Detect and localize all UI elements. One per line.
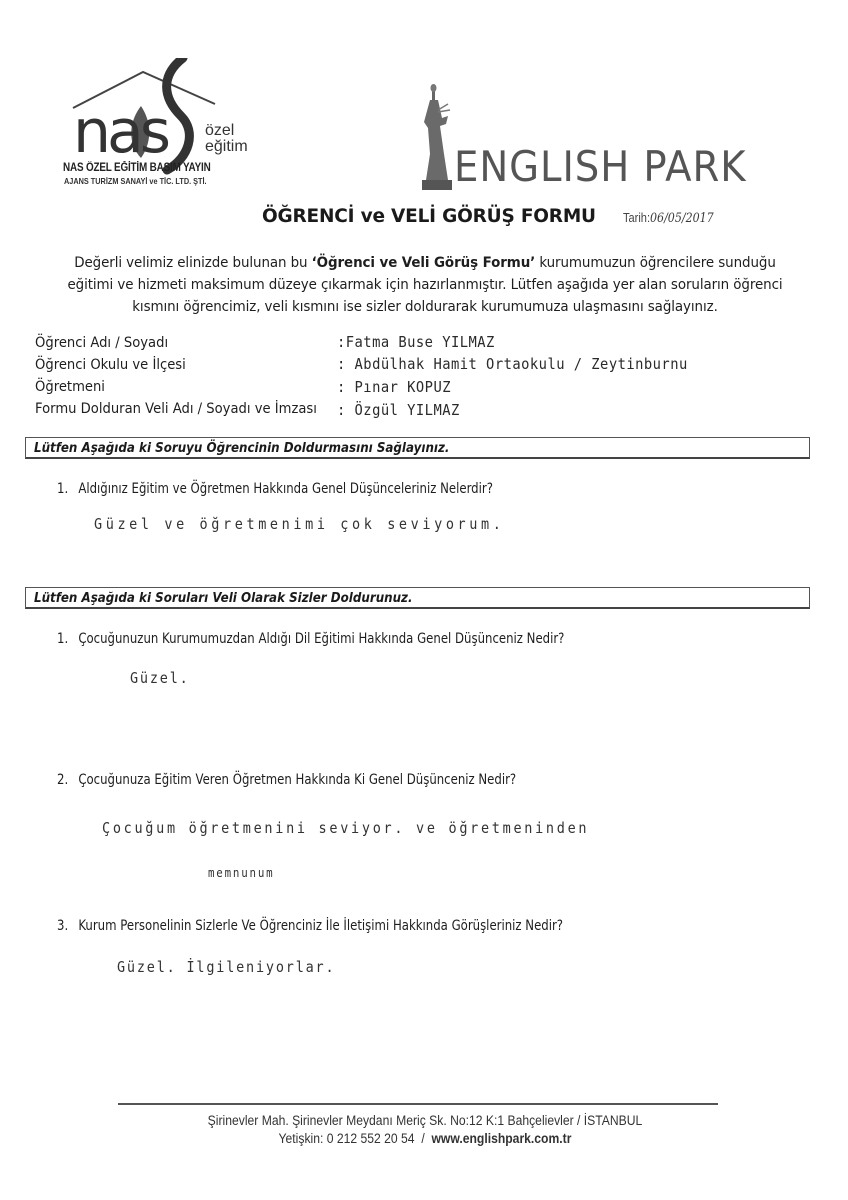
student-answer-1[interactable]: Güzel ve öğretmenimi çok seviyorum. [94, 515, 504, 533]
nas-tagline-egitim: eğitim [205, 138, 248, 156]
english-park-text: ENGLISH PARK [454, 146, 747, 188]
english-park-logo: ENGLISH PARK [418, 84, 778, 194]
date-value: 06/05/2017 [650, 211, 714, 226]
parent-signature-label: Formu Dolduran Veli Adı / Soyadı ve İmza… [35, 401, 317, 417]
student-section-header: Lütfen Aşağıda ki Soruyu Öğrencinin Dold… [25, 437, 810, 459]
student-section-heading: Lütfen Aşağıda ki Soruyu Öğrencinin Dold… [34, 440, 449, 456]
parent-answer-3[interactable]: Güzel. İlgileniyorlar. [117, 958, 335, 976]
question-text: Çocuğunuzun Kurumumuzdan Aldığı Dil Eğit… [78, 631, 564, 647]
teacher-value[interactable]: : Pınar KOPUZ [337, 378, 451, 396]
footer-contact: Yetişkin: 0 212 552 20 54 / www.englishp… [133, 1131, 718, 1146]
parent-question-2: 2.Çocuğunuza Eğitim Veren Öğretmen Hakkı… [57, 772, 516, 788]
footer-address: Şirinevler Mah. Şirinevler Meydanı Meriç… [133, 1113, 718, 1128]
footer-website-link[interactable]: www.englishpark.com.tr [431, 1131, 571, 1146]
footer-phone: Yetişkin: 0 212 552 20 54 [279, 1131, 415, 1146]
question-text: Aldığınız Eğitim ve Öğretmen Hakkında Ge… [78, 481, 493, 497]
nas-company-name: NAS ÖZEL EĞİTİM BASIM YAYIN [63, 162, 211, 174]
footer-divider [118, 1103, 718, 1105]
student-question-1: 1.Aldığınız Eğitim ve Öğretmen Hakkında … [57, 481, 493, 497]
nas-company-sub: AJANS TURİZM SANAYİ ve TİC. LTD. ŞTİ. [64, 176, 207, 186]
question-number: 1. [57, 631, 78, 647]
intro-paragraph: Değerli velimiz elinizde bulunan bu ‘Öğr… [54, 252, 797, 318]
parent-section-header: Lütfen Aşağıda ki Soruları Veli Olarak S… [25, 587, 810, 609]
question-text: Kurum Personelinin Sizlerle Ve Öğrencini… [78, 918, 563, 934]
date-label: Tarih: [623, 210, 650, 225]
teacher-label: Öğretmeni [35, 379, 105, 395]
question-number: 3. [57, 918, 78, 934]
parent-signature-value[interactable]: : Özgül YILMAZ [337, 401, 460, 419]
nas-logo: nas özel eğitim NAS ÖZEL EĞİTİM BASIM YA… [55, 58, 255, 188]
parent-question-3: 3.Kurum Personelinin Sizlerle Ve Öğrenci… [57, 918, 563, 934]
parent-answer-1[interactable]: Güzel. [130, 669, 190, 687]
intro-form-name: ‘Öğrenci ve Veli Görüş Formu’ [312, 255, 536, 271]
parent-question-1: 1.Çocuğunuzun Kurumumuzdan Aldığı Dil Eğ… [57, 631, 564, 647]
intro-text-1: Değerli velimiz elinizde bulunan bu [74, 255, 311, 271]
student-school-label: Öğrenci Okulu ve İlçesi [35, 357, 186, 373]
student-school-value[interactable]: : Abdülhak Hamit Ortaokulu / Zeytinburnu [337, 355, 688, 373]
question-number: 2. [57, 772, 78, 788]
parent-section-heading: Lütfen Aşağıda ki Soruları Veli Olarak S… [34, 590, 412, 606]
parent-answer-2-line-1[interactable]: Çocuğum öğretmenini seviyor. ve öğretmen… [102, 819, 589, 837]
question-number: 1. [57, 481, 78, 497]
student-name-label: Öğrenci Adı / Soyadı [35, 335, 168, 351]
form-title: ÖĞRENCİ ve VELİ GÖRÜŞ FORMU [262, 206, 596, 227]
student-name-value[interactable]: :Fatma Buse YILMAZ [337, 333, 495, 351]
date-field: Tarih:06/05/2017 [623, 210, 714, 226]
footer-separator: / [415, 1131, 432, 1146]
question-text: Çocuğunuza Eğitim Veren Öğretmen Hakkınd… [78, 772, 516, 788]
statue-of-liberty-icon [418, 84, 458, 192]
parent-answer-2-line-2[interactable]: memnunum [208, 866, 274, 880]
nas-brand-text: nas [73, 102, 167, 162]
